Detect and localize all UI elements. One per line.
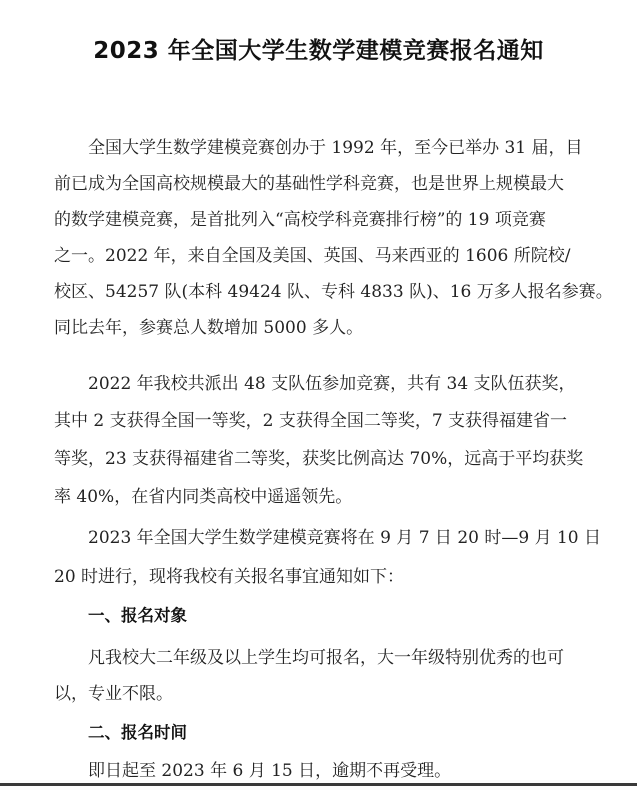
document-page: 2023 年全国大学生数学建模竞赛报名通知 全国大学生数学建模竞赛创办于 199…: [0, 0, 637, 784]
paragraph-1-line-1: 全国大学生数学建模竞赛创办于 1992 年，至今已举办 31 届，目: [88, 137, 583, 159]
paragraph-3-line-2: 20 时进行，现将我校有关报名事宜通知如下：: [54, 566, 404, 588]
paragraph-1-line-4: 之一。2022 年，来自全国及美国、英国、马来西亚的 1606 所院校/: [54, 245, 570, 267]
section-1-heading: 一、报名对象: [88, 605, 187, 627]
paragraph-2-line-4: 率 40%，在省内同类高校中遥遥领先。: [54, 486, 352, 508]
paragraph-2-line-1: 2022 年我校共派出 48 支队伍参加竞赛，共有 34 支队伍获奖，: [88, 373, 576, 395]
section-1-line-2: 以，专业不限。: [54, 683, 173, 705]
paragraph-2-line-3: 等奖，23 支获得福建省二等奖，获奖比例高达 70%，远高于平均获奖: [54, 448, 583, 470]
paragraph-1-line-5: 校区、54257 队(本科 49424 队、专科 4833 队)、16 万多人报…: [54, 281, 613, 303]
section-1-line-1: 凡我校大二年级及以上学生均可报名，大一年级特别优秀的也可: [88, 647, 564, 669]
paragraph-1-line-2: 前已成为全国高校规模最大的基础性学科竞赛，也是世界上规模最大: [54, 173, 564, 195]
paragraph-2-line-2: 其中 2 支获得全国一等奖，2 支获得全国二等奖，7 支获得福建省一: [54, 410, 567, 432]
paragraph-3-line-1: 2023 年全国大学生数学建模竞赛将在 9 月 7 日 20 时—9 月 10 …: [88, 527, 601, 549]
section-2-line-1: 即日起至 2023 年 6 月 15 日，逾期不再受理。: [88, 760, 451, 782]
document-title: 2023 年全国大学生数学建模竞赛报名通知: [0, 32, 637, 65]
paragraph-1-line-3: 的数学建模竞赛，是首批列入“高校学科竞赛排行榜”的 19 项竞赛: [54, 209, 546, 231]
paragraph-1-line-6: 同比去年，参赛总人数增加 5000 多人。: [54, 317, 363, 339]
section-2-heading: 二、报名时间: [88, 722, 187, 744]
